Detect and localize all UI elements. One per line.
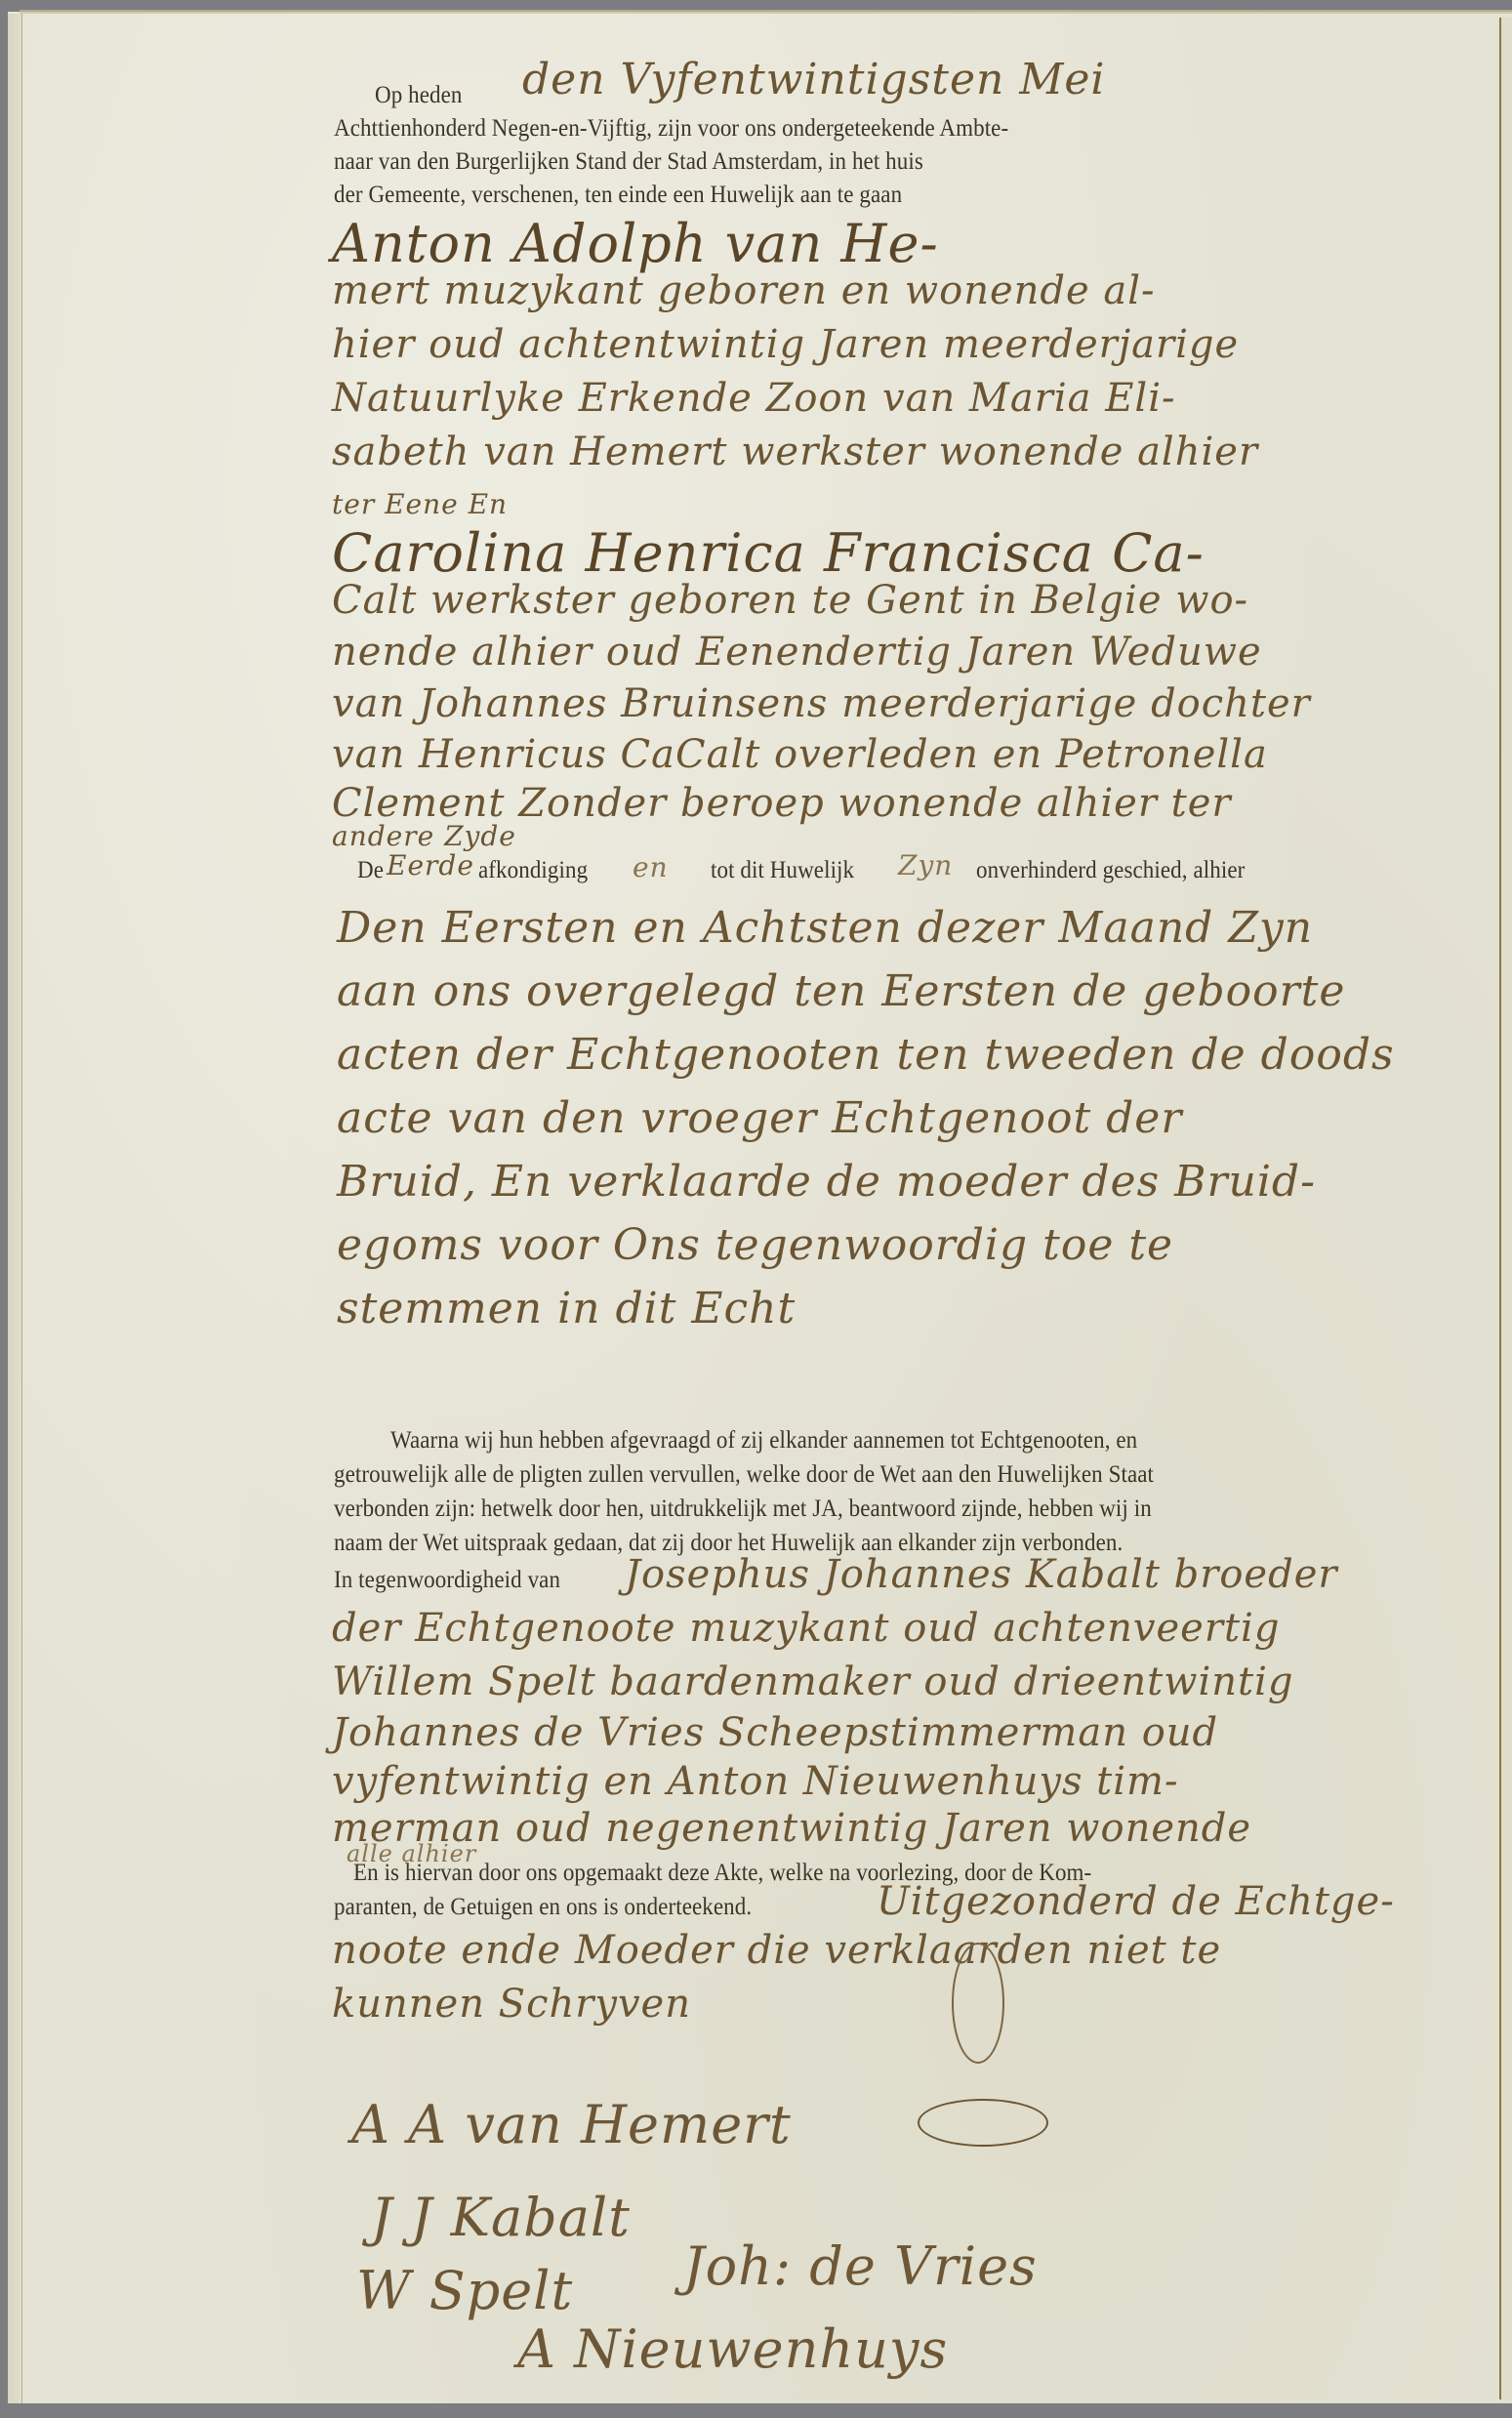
- proclamation-hand-eerde: Eerde: [387, 849, 474, 881]
- proclamation-line: acten der Echtgenooten ten tweeden de do…: [337, 1030, 1395, 1080]
- proclamation-printed-afkondiging: afkondiging: [478, 857, 588, 884]
- groom-line: Anton Adolph van He-: [332, 213, 939, 274]
- proclamation-printed-de: De: [357, 857, 384, 884]
- header-line-3: naar van den Burgerlijken Stand der Stad…: [334, 148, 923, 176]
- proclamation-printed-end: onverhinderd geschied, alhier: [976, 857, 1245, 884]
- header-printed-op-heden: Op heden: [375, 82, 463, 109]
- proclamation-hand-en: en: [633, 851, 669, 883]
- bride-line: van Henricus CaCalt overleden en Petrone…: [332, 732, 1268, 777]
- page-fold-line: [1499, 18, 1501, 2399]
- bride-line: nende alhier oud Eenendertig Jaren Weduw…: [332, 630, 1262, 675]
- proclamation-line: aan ons overgelegd ten Eersten de geboor…: [337, 966, 1345, 1016]
- page-top-edge: [20, 10, 1512, 14]
- witness-intro-printed: In tegenwoordigheid van: [334, 1567, 560, 1594]
- proclamation-hand-zyn: Zyn: [898, 849, 953, 881]
- signature-witness: W Spelt: [356, 2260, 573, 2321]
- proclamation-line: stemmen in dit Echt: [337, 1284, 796, 1333]
- closing-line-2: paranten, de Getuigen en ons is ondertee…: [334, 1894, 752, 1921]
- witness-line: Johannes de Vries Scheepstimmerman oud: [332, 1710, 1218, 1755]
- groom-line: Natuurlyke Erkende Zoon van Maria Eli-: [332, 376, 1176, 421]
- bride-line: Calt werkster geboren te Gent in Belgie …: [332, 578, 1248, 623]
- signature-flourish: [918, 2099, 1048, 2147]
- vows-line: verbonden zijn: hetwelk door hen, uitdru…: [334, 1496, 1152, 1523]
- signature-groom: A A van Hemert: [351, 2094, 792, 2155]
- page-left-edge: [8, 14, 22, 2405]
- bride-line: Carolina Henrica Francisca Ca-: [332, 522, 1205, 584]
- signature-witness: Joh: de Vries: [683, 2235, 1038, 2297]
- proclamation-line: acte van den vroeger Echtgenoot der: [337, 1093, 1182, 1143]
- vows-line: getrouwelijk alle de pligten zullen verv…: [334, 1461, 1154, 1489]
- proclamation-printed-huwelijk: tot dit Huwelijk: [711, 857, 854, 884]
- groom-line: hier oud achtentwintig Jaren meerderjari…: [332, 322, 1239, 367]
- officiant-flourish: [952, 1943, 1004, 2064]
- witness-line: vyfentwintig en Anton Nieuwenhuys tim-: [332, 1759, 1179, 1804]
- proclamation-line: Bruid, En verklaarde de moeder des Bruid…: [337, 1157, 1316, 1207]
- groom-line: sabeth van Hemert werkster wonende alhie…: [332, 430, 1258, 474]
- bride-line: andere Zyde: [332, 820, 516, 852]
- next-page-strip: [1501, 18, 1512, 2399]
- scan-background-bottom: [0, 2403, 1512, 2418]
- header-line-2: Achttienhonderd Negen-en-Vijftig, zijn v…: [334, 115, 1008, 143]
- closing-exception-handwritten: Uitgezonderd de Echtge-: [877, 1879, 1395, 1924]
- closing-hand-line: noote ende Moeder die verklaarden niet t…: [332, 1928, 1221, 1973]
- document-page: [8, 12, 1512, 2405]
- proclamation-line: egoms voor Ons tegenwoordig toe te: [337, 1220, 1173, 1270]
- bride-line: van Johannes Bruinsens meerderjarige doc…: [332, 681, 1311, 726]
- vows-line: Waarna wij hun hebben afgevraagd of zij …: [390, 1427, 1137, 1455]
- header-date-handwritten: den Vyfentwintigsten Mei: [522, 55, 1106, 104]
- closing-hand-line: kunnen Schryven: [332, 1982, 691, 2027]
- groom-line: mert muzykant geboren en wonende al-: [332, 268, 1156, 313]
- witness-line: Willem Spelt baardenmaker oud drieentwin…: [332, 1660, 1293, 1704]
- witness-line: der Echtgenoote muzykant oud achtenveert…: [332, 1606, 1280, 1651]
- groom-line: ter Eene En: [332, 488, 508, 520]
- witness-intro-handwritten: Josephus Johannes Kabalt broeder: [625, 1552, 1338, 1597]
- header-line-4: der Gemeente, verschenen, ten einde een …: [334, 182, 902, 209]
- proclamation-line: Den Eersten en Achtsten dezer Maand Zyn: [337, 903, 1313, 953]
- signature-witness: J J Kabalt: [371, 2187, 631, 2248]
- signature-witness: A Nieuwenhuys: [517, 2318, 948, 2380]
